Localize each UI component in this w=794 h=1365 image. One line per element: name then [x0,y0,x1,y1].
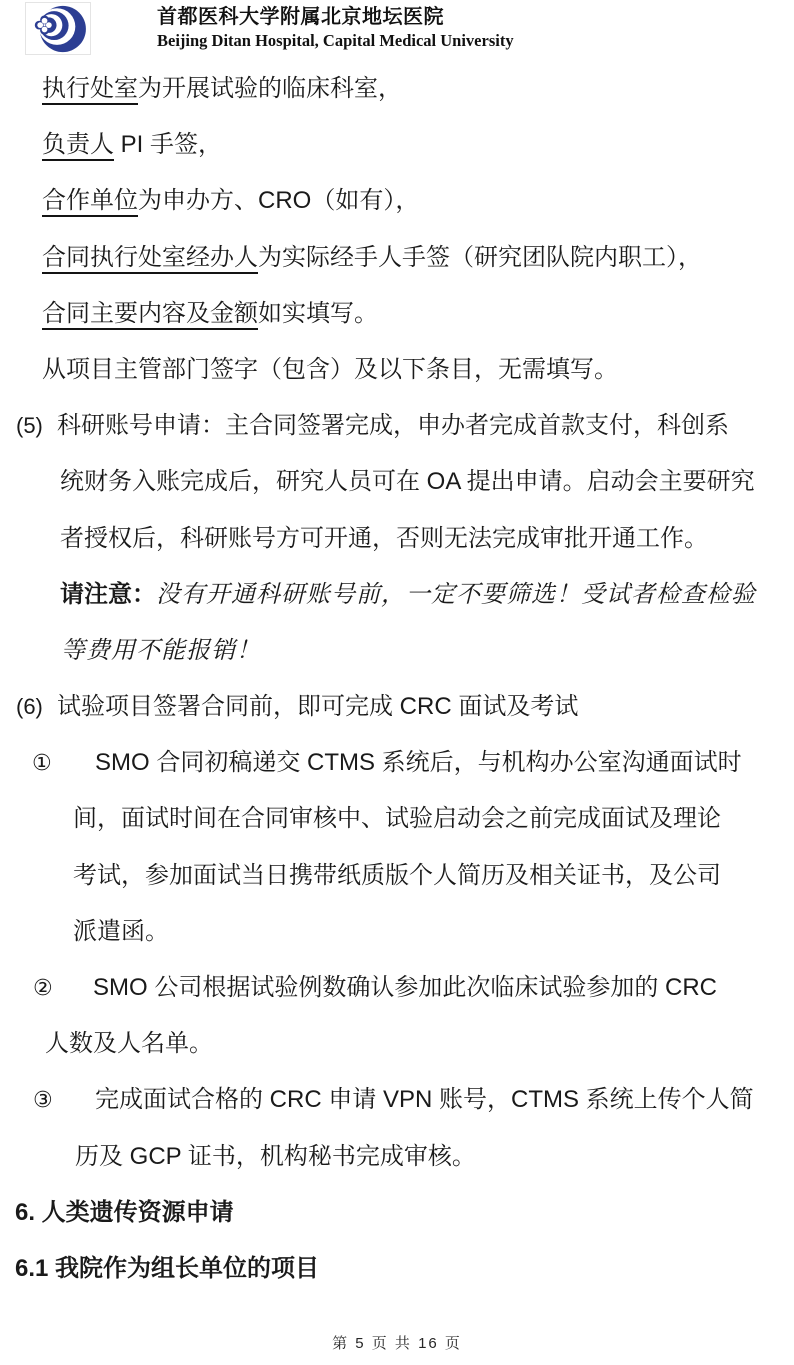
text-line: 间，面试时间在合同审核中、试验启动会之前完成面试及理论 [0,791,794,847]
text-run: 合同主要内容及金额 [42,300,258,330]
text-run: 完成面试合格的 CRC 申请 VPN 账号，CTMS 系统上传个人简 [95,1086,754,1113]
list-marker: ① [32,735,52,791]
hospital-name-en: Beijing Ditan Hospital, Capital Medical … [157,30,514,52]
text-run: 等费用不能报销！ [61,637,261,664]
text-run: 试验项目签署合同前，即可完成 CRC 面试及考试 [57,693,578,720]
text-line: ①SMO 合同初稿递交 CTMS 系统后，与机构办公室沟通面试时 [0,735,794,791]
text-line: (6)试验项目签署合同前，即可完成 CRC 面试及考试 [0,679,794,735]
text-line: 6.1 我院作为组长单位的项目 [0,1241,794,1297]
text-run: 派遣函。 [73,918,169,945]
text-run: 历及 GCP 证书，机构秘书完成审核。 [75,1143,476,1170]
text-line: 负责人 PI 手签， [0,117,794,173]
text-run: 没有开通科研账号前，一定不要筛选！受试者检查检验 [156,581,756,608]
text-line: 等费用不能报销！ [0,623,794,679]
page-number: 第 5 页 共 16 页 [0,1332,794,1353]
header-titles: 首都医科大学附属北京地坛医院 Beijing Ditan Hospital, C… [157,5,514,52]
text-line: 请注意：没有开通科研账号前，一定不要筛选！受试者检查检验 [0,567,794,623]
text-line: 人数及人名单。 [0,1016,794,1072]
text-line: 考试，参加面试当日携带纸质版个人简历及相关证书，及公司 [0,848,794,904]
list-marker: ③ [33,1072,53,1128]
text-run: 负责人 [42,131,114,161]
text-run: 为申办方、CRO（如有）， [138,187,419,214]
text-run: SMO 合同初稿递交 CTMS 系统后，与机构办公室沟通面试时 [95,749,742,776]
hospital-name-zh: 首都医科大学附属北京地坛医院 [157,5,514,30]
text-line: 合同主要内容及金额如实填写。 [0,286,794,342]
text-line: 派遣函。 [0,904,794,960]
list-marker: ② [33,960,53,1016]
text-run: 考试，参加面试当日携带纸质版个人简历及相关证书，及公司 [73,862,721,889]
text-line: 合作单位为申办方、CRO（如有）， [0,173,794,229]
text-line: 历及 GCP 证书，机构秘书完成审核。 [0,1129,794,1185]
text-run: 合同执行处室经办人 [42,244,258,274]
text-run: 执行处室 [42,75,138,105]
text-line: (5)科研账号申请：主合同签署完成，申办者完成首款支付，科创系 [0,398,794,454]
text-run: 者授权后，科研账号方可开通，否则无法完成审批开通工作。 [60,525,708,552]
text-run: 从项目主管部门签字（包含）及以下条目，无需填写。 [42,356,618,383]
hospital-logo [25,2,91,55]
text-run: 为开展试验的临床科室， [138,75,402,102]
text-run: 人数及人名单。 [45,1030,213,1057]
text-run: 请注意： [60,581,156,608]
text-line: ②SMO 公司根据试验例数确认参加此次临床试验参加的 CRC [0,960,794,1016]
text-run: 6.1 我院作为组长单位的项目 [15,1255,319,1282]
text-run: SMO 公司根据试验例数确认参加此次临床试验参加的 CRC [93,974,717,1001]
text-line: 合同执行处室经办人为实际经手人手签（研究团队院内职工）， [0,230,794,286]
text-line: 从项目主管部门签字（包含）及以下条目，无需填写。 [0,342,794,398]
list-marker: (6) [16,679,43,735]
text-run: PI 手签， [114,131,222,158]
text-run: 科研账号申请：主合同签署完成，申办者完成首款支付，科创系 [57,412,729,439]
text-run: 统财务入账完成后，研究人员可在 OA 提出申请。启动会主要研究 [60,468,755,495]
text-line: 者授权后，科研账号方可开通，否则无法完成审批开通工作。 [0,511,794,567]
list-marker: (5) [16,398,43,454]
text-run: 6. 人类遗传资源申请 [15,1199,234,1226]
text-line: 执行处室为开展试验的临床科室， [0,61,794,117]
text-run: 合作单位 [42,187,138,217]
hospital-logo-icon [26,3,90,54]
text-line: 统财务入账完成后，研究人员可在 OA 提出申请。启动会主要研究 [0,454,794,510]
text-run: 为实际经手人手签（研究团队院内职工）， [258,244,702,271]
text-line: ③完成面试合格的 CRC 申请 VPN 账号，CTMS 系统上传个人简 [0,1072,794,1128]
text-line: 6. 人类遗传资源申请 [0,1185,794,1241]
document-page: 首都医科大学附属北京地坛医院 Beijing Ditan Hospital, C… [0,0,794,1365]
document-body: 执行处室为开展试验的临床科室，负责人 PI 手签，合作单位为申办方、CRO（如有… [0,61,794,1297]
text-run: 如实填写。 [258,300,378,327]
text-run: 间，面试时间在合同审核中、试验启动会之前完成面试及理论 [73,805,721,832]
